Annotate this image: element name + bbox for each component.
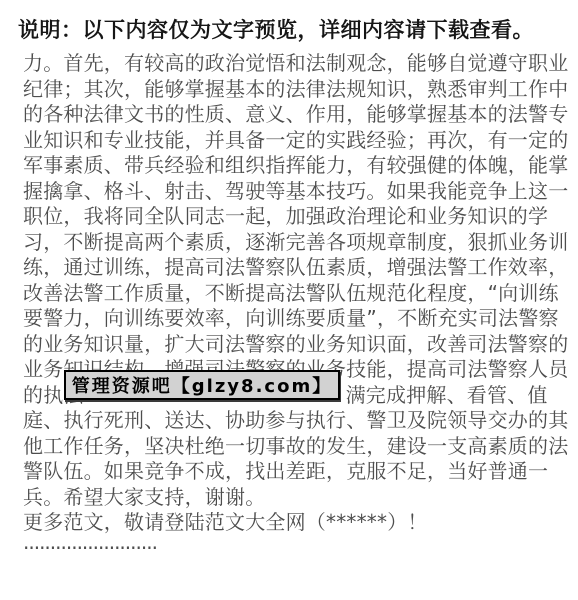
watermark-badge: 管理资源吧【glzy8.com】 [64, 370, 340, 400]
body-text-line: 警队伍。如果竞争不成，找出差距，克服不足，当好普通一 [23, 459, 571, 485]
body-text-line: 兵。希望大家支持，谢谢。 [23, 485, 571, 511]
body-text-line: 业知识和专业技能，并具备一定的实践经验；再次，有一定的 [23, 128, 571, 154]
document-body: 力。首先，有较高的政治觉悟和法制观念，能够自觉遵守职业纪律；其次，能够掌握基本的… [23, 51, 571, 561]
body-text-line: 纪律；其次，能够掌握基本的法律法规知识，熟悉审判工作中 [23, 77, 571, 103]
body-text-line: 庭、执行死刑、送达、协助参与执行、警卫及院领导交办的其 [23, 408, 571, 434]
body-text-line: 习，不断提高两个素质，逐渐完善各项规章制度，狠抓业务训 [23, 230, 571, 256]
footer-note-line: 更多范文，敬请登陆范文大全网（******）！ [23, 510, 571, 536]
body-text-line: 的各种法律文书的性质、意义、作用，能够掌握基本的法警专 [23, 102, 571, 128]
body-text-line: 改善法警工作质量，不断提高法警队伍规范化程度，“向训练 [23, 281, 571, 307]
body-text-line: 职位，我将同全队同志一起，加强政治理论和业务知识的学 [23, 204, 571, 230]
body-text-line: 他工作任务，坚决杜绝一切事故的发生，建设一支高素质的法 [23, 434, 571, 460]
body-text-line: 的业务知识量，扩大司法警察的业务知识面，改善司法警察的 [23, 332, 571, 358]
body-lines-before-watermark: 力。首先，有较高的政治觉悟和法制观念，能够自觉遵守职业纪律；其次，能够掌握基本的… [23, 51, 571, 383]
body-text-line: 力。首先，有较高的政治觉悟和法制观念，能够自觉遵守职业 [23, 51, 571, 77]
body-lines-after-watermark: 庭、执行死刑、送达、协助参与执行、警卫及院领导交办的其他工作任务，坚决杜绝一切事… [23, 408, 571, 510]
obscured-line-right-text: 满完成押解、看管、值 [346, 383, 548, 407]
body-text-line: 练，通过训练，提高司法警察队伍素质，增强法警工作效率， [23, 255, 571, 281]
preview-notice-heading: 说明：以下内容仅为文字预览，详细内容请下载查看。 [18, 14, 534, 44]
body-text-line: 要警力，向训练要效率，向训练要质量”，不断充实司法警察 [23, 306, 571, 332]
body-text-line: 军事素质、带兵经验和组织指挥能力，有较强健的体魄，能掌 [23, 153, 571, 179]
body-text-line: 握擒拿、格斗、射击、驾驶等基本技巧。如果我能竞争上这一 [23, 179, 571, 205]
obscured-gap [84, 401, 346, 402]
ellipsis-line: ························· [23, 536, 571, 562]
document-preview-page: 说明：以下内容仅为文字预览，详细内容请下载查看。 力。首先，有较高的政治觉悟和法… [0, 0, 578, 600]
